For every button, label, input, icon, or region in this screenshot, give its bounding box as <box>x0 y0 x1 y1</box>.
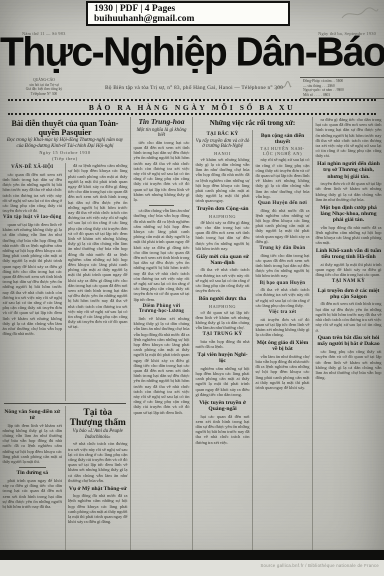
headline: Tại tòa Thượng thẩm <box>68 408 128 428</box>
headline: Tin đường sá <box>3 470 63 476</box>
separator-rule <box>149 205 174 206</box>
headline: Một bọn định cướp phá làng Nhạc-khoa, nh… <box>316 205 382 224</box>
paragraph: vẫn làm ăn như thường chợ búa vẫn họp đô… <box>256 354 310 390</box>
address-line: Bộ Biên tập và tòa Trị sự, n° 83, phố Hà… <box>105 85 283 91</box>
paragraph: quan sở tại lập tức đem lính về khám xét… <box>3 222 63 336</box>
italic-subhead: Vụ báo «L'Ami du Peuple Indochinois» <box>68 429 128 440</box>
headline: Tin Trung-hoa <box>134 118 190 127</box>
headline: Việc tuyên truyền ở Quảng-ngãi <box>196 400 250 412</box>
paragraph: đáng tiếc cho dân trong hạt các quan đã … <box>256 253 310 279</box>
publisher-line: Téléphone N° 300 <box>3 92 85 97</box>
top-bar: 1930 | PDF | 4 Pages buihuuhanh@gmail.co… <box>0 0 384 30</box>
paragraph: đông đủ nhà nước đã ra lệnh nghiêm cấm n… <box>256 208 310 244</box>
paragraph: cờ đỏ quan sở tại lập tức đem lính về kh… <box>196 310 250 331</box>
column: ra điều gì đáng tiếc cho dân trong hạt c… <box>313 117 384 557</box>
headline: Hai nghìn người đến đánh trụ sở Thương c… <box>316 161 382 180</box>
headline: Bọn cộng sản diễn thuyết <box>256 133 310 145</box>
paragraph: truyền đơn và cờ đỏ quan sở tại lập tức … <box>316 181 382 202</box>
paragraph: về khám xét nhưng không thấy gì lạ cả dâ… <box>196 157 250 204</box>
caption: (Tiếp theo) <box>3 156 127 161</box>
paragraph: đã ra lệnh nghiêm cấm những sự hội họp đ… <box>68 163 128 330</box>
italic-subhead: Đọc trong kỳ Khai-mạc kỳ Hội-đồng Thương… <box>3 138 127 149</box>
section-rule <box>4 403 126 404</box>
paragraph: búa vẫn họp đông đủ nhà nước đã ra lệnh. <box>196 339 250 349</box>
headline: Truyền đơn Cộng-sản <box>196 206 250 212</box>
paragraph: nghiêm cấm những sự hội họp đêm khuya cá… <box>196 366 250 397</box>
caption: HAIPHONG <box>196 304 250 309</box>
separator-rule <box>19 467 46 468</box>
caption: Ngày 15 Octobre 1930 <box>3 150 127 155</box>
gallica-watermark: Source gallica.bnf.fr / Bibliothèque nat… <box>260 563 379 568</box>
headline: Những việc rắc rối trong xứ: <box>196 119 309 127</box>
column: đã ra lệnh nghiêm cấm những sự hội họp đ… <box>65 163 131 401</box>
paragraph: vẫn họp đông đủ nhà nước đã ra lệnh nghi… <box>316 225 382 246</box>
headline: Quan trên bắt đầu xét hỏi mấy người bị b… <box>316 335 382 347</box>
banner-line2: buihuuhanh@gmail.com <box>94 14 288 24</box>
paragraph: cả dân chúng vẫn làm ăn như thường chợ b… <box>134 208 190 302</box>
paragraph: để khỏi xảy ra điều gì đáng tiếc cho dân… <box>196 220 250 251</box>
subheadline: VẤN-ĐỀ XÃ-HỘI <box>3 165 63 171</box>
scan-info-banner: 1930 | PDF | 4 Pages buihuuhanh@gmail.co… <box>86 1 290 26</box>
caption: TẠI HUYỆN NAM-LỘC (NGHỆ AN) <box>256 146 310 156</box>
subheadline: Diêm Phùng với Trương-học-Lương <box>134 304 190 315</box>
masthead-row: Năm thứ 11 — Số 983 Ngày thứ ba, Septemb… <box>0 30 384 76</box>
paragraph: này rồi sẽ nghị xử sau lại có tin rằng ở… <box>256 157 310 199</box>
paragraph: rải truyền đơn và cờ đỏ quan sở tại lập … <box>256 317 310 338</box>
column: Bọn cộng sản diễn thuyếtTẠI HUYỆN NAM-LỘ… <box>252 130 312 557</box>
paragraph: đã tha về nhà chức trách còn đương tra x… <box>196 267 250 293</box>
article-group: Tin Trung-hoaMột tin nghĩa là gì không b… <box>130 117 192 557</box>
subheadline: Việc tra xét <box>256 310 310 316</box>
subheadline: Quan Huyện đến nơi <box>256 201 310 207</box>
subheadline: TẠI TRUNG KỲ <box>196 332 250 338</box>
article-header: Bài diễn thuyết của quan Toàn-quyền Pasq… <box>0 117 130 163</box>
subheadline: TẠI NAM KỲ <box>316 279 382 285</box>
rates-line: Mỗi số . . . . . 0$03 <box>303 93 381 98</box>
headline: Vụ ở Mỹ nhật Thông-sứ <box>68 486 128 492</box>
section-row: TẠI BẮC KỲVụ rấy truyền đơn và cờ đỏ ở t… <box>193 130 312 557</box>
subheadline: Vấn tập luật về lao-động <box>3 215 63 221</box>
headline: Nông vân Song-điền xử tử <box>3 409 63 421</box>
column: Tin Trung-hoaMột tin nghĩa là gì không b… <box>131 117 192 557</box>
newspaper-page: 1930 | PDF | 4 Pages buihuuhanh@gmail.co… <box>0 0 384 576</box>
column: VẤN-ĐỀ XÃ-HỘIcác quan đã đến nơi xem xét… <box>0 163 65 401</box>
paragraph: ra điều gì đáng tiếc cho dân trong hạt c… <box>316 117 382 159</box>
subheadline: Bị bạo quan Huyện <box>256 281 310 287</box>
subheadline: TẠI BẮC KỲ <box>196 132 250 138</box>
info-row: QUẢNG-CÁO xin hỏi tại tòa Trị-sự Giá đặc… <box>0 77 384 99</box>
paragraph: phải trình quan ngay để khỏi xảy ra điều… <box>3 478 63 509</box>
pencil-annotation <box>340 4 380 24</box>
headline: Bốn người được tha <box>196 296 250 302</box>
paragraph: họp đông đủ nhà nước đã ra lệnh nghiêm c… <box>68 493 128 524</box>
section-row: VẤN-ĐỀ XÃ-HỘIcác quan đã đến nơi xem xét… <box>0 163 130 401</box>
slogan-text: BÁO RA HÀNG NGÀY MỖI SỐ BA XU <box>89 103 295 112</box>
headline: Bài diễn thuyết của quan Toàn-quyền Pasq… <box>3 119 127 137</box>
italic-subhead: Vụ rấy truyền đơn và cờ đỏ ở trường Bách… <box>196 139 250 150</box>
body-columns: Bài diễn thuyết của quan Toàn-quyền Pasq… <box>0 117 384 557</box>
headline: Lại truyền đơn ở các miệt phụ cận Saigon <box>316 288 382 300</box>
rates-box: Đông-Pháp: cả năm . . 5$00 — sáu tháng .… <box>300 77 384 99</box>
dotted-rule <box>8 113 376 115</box>
article-header: Những việc rắc rối trong xứ: <box>193 117 312 130</box>
paragraph: các làng phụ cận cũng thấy rải truyền đơ… <box>316 349 382 380</box>
column: Tại tòa Thượng thẩmVụ báo «L'Ami du Peup… <box>65 406 131 557</box>
subheadline: Trung kỳ dân Đoàn <box>256 246 310 252</box>
paragraph: đã tha về nhà chức trách còn đương tra x… <box>256 287 310 308</box>
paragraph: ai thấy người lạ mặt thì phải trình quan… <box>316 262 382 278</box>
paragraph: lập tức đem lính về khám xét nhưng không… <box>3 423 63 465</box>
headline: Lính Khố-xanh vẫn đi tuần tiễu trong tỉn… <box>316 248 382 260</box>
headline: Một ông giáo đi Xiêm về bị bắt <box>256 340 310 352</box>
paragraph: hạt các quan đã đến nơi xem xét tình hìn… <box>196 414 250 445</box>
headline: Giấy mời của quan sứ Nam-định <box>196 254 250 266</box>
slogan-row: BÁO RA HÀNG NGÀY MỖI SỐ BA XU <box>0 101 384 113</box>
banner-line1: 1930 | PDF | 4 Pages <box>94 4 288 14</box>
article-group: ra điều gì đáng tiếc cho dân trong hạt c… <box>312 117 384 557</box>
paragraph: đã đến nơi xem xét tình hình trong hạt d… <box>316 301 382 332</box>
address-wrap: Bộ Biên tập và tòa Trị sự, n° 83, phố Hà… <box>88 77 300 99</box>
section-row: Nông vân Song-điền xử tửlập tức đem lính… <box>0 406 130 557</box>
article-group: Những việc rắc rối trong xứ:TẠI BẮC KỲVụ… <box>192 117 312 557</box>
paragraph: lính về khám xét nhưng không thấy gì lạ … <box>134 316 190 415</box>
column: Nông vân Song-điền xử tửlập tức đem lính… <box>0 406 65 557</box>
caption: HAIPHONG <box>196 214 250 219</box>
paragraph: các quan đã đến nơi xem xét tình hình tr… <box>3 172 63 214</box>
italic-subhead: Một tin nghĩa là gì không biết <box>134 128 190 139</box>
masthead-title: Thực-Nghiệp Dân-Báo <box>0 29 384 77</box>
publisher-box: QUẢNG-CÁO xin hỏi tại tòa Trị-sự Giá đặc… <box>0 77 88 99</box>
headline: Tại viên huyện Nghi-lộc <box>196 352 250 364</box>
paragraph: về nhà chức trách còn đương tra xét việc… <box>68 441 128 483</box>
article-group: Bài diễn thuyết của quan Toàn-quyền Pasq… <box>0 117 130 557</box>
caption: HANOI <box>196 151 250 156</box>
paragraph: tiếc cho dân trong hạt các quan đã đến n… <box>134 140 190 202</box>
column: TẠI BẮC KỲVụ rấy truyền đơn và cờ đỏ ở t… <box>193 130 252 557</box>
scan-bottom-band <box>0 550 384 560</box>
